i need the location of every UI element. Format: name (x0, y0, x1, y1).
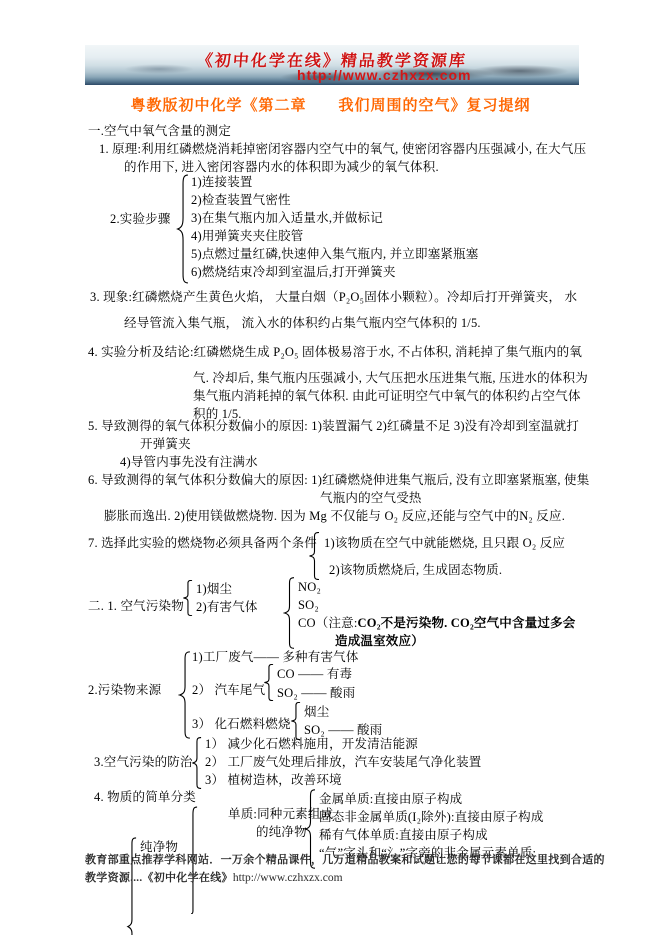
gas-co-prefix: CO（注意: (298, 616, 358, 630)
brace-pollutants (182, 580, 193, 616)
phenomenon-line2: 经导管流入集气瓶， 流入水的体积约占集气瓶内空气体积的 1/5. (124, 315, 481, 331)
source-item: 1)工厂废气—— 多种有害气体 (192, 649, 359, 665)
prevention-item: 3） 植树造林，改善环境 (205, 772, 342, 788)
prevention-item: 2） 工厂废气处理后排放，汽车安装尾气净化装置 (205, 754, 481, 770)
fossil-item: 烟尘 (304, 704, 329, 720)
classification-label: 4. 物质的简单分类 (94, 789, 196, 805)
document-page: 《初中化学在线》精品教学资源库 http://www.czhxzx.com 粤教… (0, 0, 661, 935)
condition-item: 1)该物质在空气中就能燃烧, 且只跟 O₂ 反应 (324, 535, 565, 551)
brace-steps (176, 174, 189, 284)
brace-car-exhaust (263, 664, 274, 701)
step-item: 4)用弹簧夹夹住胶管 (191, 228, 303, 244)
section1-heading: 一.空气中氧气含量的测定 (88, 123, 231, 139)
element-kind: 稀有气体单质:直接由原子构成 (319, 827, 488, 843)
step-item: 2)检查装置气密性 (191, 192, 291, 208)
low-result-line3: 4)导管内事先没有注满水 (120, 454, 258, 470)
banner-site-url: http://www.czhxzx.com (297, 67, 472, 83)
gas-co-note-bold: CO₂不是污染物. CO₂空气中含量过多会 (358, 616, 576, 630)
pollutants-label: 二. 1. 空气污染物 (88, 598, 184, 614)
watermark-line1: 教育部重点推荐学科网站．一万余个精品课件，几万道精品教案和试题让您的每节课都在这… (85, 853, 605, 868)
low-result-line1: 5. 导致测得的氧气体积分数偏小的原因: 1)装置漏气 2)红磷量不足 3)没有… (88, 418, 579, 434)
conditions-label: 7. 选择此实验的燃烧物必须具备两个条件 (88, 535, 317, 551)
brace-prevention (191, 737, 202, 789)
prevention-label: 3.空气污染的防治 (94, 754, 193, 770)
step-item: 5)点燃过量红磷,快速伸入集气瓶内, 并立即塞紧瓶塞 (191, 246, 479, 262)
car-exhaust-item: CO —— 有毒 (277, 666, 352, 682)
brace-sources (178, 651, 191, 739)
step-item: 6)燃烧结束冷却到室温后,打开弹簧夹 (191, 264, 396, 280)
high-result-line3: 膨胀而逸出. 2)使用镁做燃烧物. 因为 Mg 不仅能与 O₂ 反应,还能与空气… (104, 508, 565, 524)
step-item: 1)连接装置 (191, 174, 253, 190)
analysis-line3: 集气瓶内消耗掉的氧气体积. 由此可证明空气中氧气的体积约占空气体 (193, 388, 581, 404)
prevention-item: 1） 减少化石燃料施用，开发清洁能源 (205, 736, 418, 752)
watermark-line2-text: 教学资源....《初中化学在线》 (85, 872, 233, 884)
condition-item: 2)该物质燃烧后, 生成固态物质. (329, 562, 502, 578)
brace-fossil-fuel (290, 702, 301, 740)
source-item: 3） 化石燃料燃烧 (192, 716, 291, 732)
gas-co-note-bold2: 造成温室效应） (335, 633, 424, 649)
phenomenon-line1: 3. 现象:红磷燃烧产生黄色火焰， 大量白烟（P₂O₅固体小颗粒）。冷却后打开弹… (90, 289, 577, 305)
watermark-line2: 教学资源....《初中化学在线》http://www.czhxzx.com (85, 871, 343, 886)
high-result-line2: 气瓶内的空气受热 (320, 490, 422, 506)
site-banner-image: 《初中化学在线》精品教学资源库 http://www.czhxzx.com (85, 45, 579, 85)
principle-line2: 的作用下, 进入密闭容器内水的体积即为减少的氧气体积. (124, 159, 439, 175)
pollutant-item: 1)烟尘 (196, 581, 232, 597)
element-kind: 金属单质:直接由原子构成 (319, 791, 462, 807)
element-def-line1: 单质:同种元素组成 (228, 806, 333, 822)
car-exhaust-item: SO₂ —— 酸雨 (277, 685, 355, 701)
analysis-line2: 气. 冷却后, 集气瓶内压强减小, 大气压把水压进集气瓶, 压进水的体积为 (193, 370, 588, 386)
high-result-line1: 6. 导致测得的氧气体积分数偏大的原因: 1)红磷燃烧伸进集气瓶后, 没有立即塞… (88, 472, 589, 488)
pollutant-item: 2)有害气体 (196, 599, 258, 615)
step-item: 3)在集气瓶内加入适量水,并做标记 (191, 210, 383, 226)
gas-item: NO₂ (298, 579, 321, 595)
principle-line1: 1. 原理:利用红磷燃烧消耗掉密闭容器内空气中的氧气, 使密闭容器内压强减小, … (99, 141, 586, 157)
source-item: 2） 汽车尾气 (192, 682, 265, 698)
gas-item: SO₂ (298, 597, 319, 613)
page-title: 粤教版初中化学《第二章 我们周围的空气》复习提纲 (0, 94, 661, 115)
steps-label: 2.实验步骤 (110, 211, 171, 227)
watermark-url: http://www.czhxzx.com (233, 872, 343, 884)
analysis-line1: 4. 实验分析及结论:红磷燃烧生成 P₂O₅ 固体极易溶于水, 不占体积, 消耗… (88, 344, 582, 360)
low-result-line2: 开弹簧夹 (140, 436, 191, 452)
sources-label: 2.污染物来源 (88, 682, 161, 698)
brace-conditions (308, 532, 320, 580)
element-kind: 固态非金属单质(I₂除外):直接由原子构成 (319, 809, 544, 825)
gas-item-co-note: CO（注意:CO₂不是污染物. CO₂空气中含量过多会 (298, 615, 576, 631)
brace-pure-outer (126, 837, 137, 935)
element-def-line2: 的纯净物 (256, 824, 307, 840)
brace-harmful-gases (283, 577, 295, 649)
